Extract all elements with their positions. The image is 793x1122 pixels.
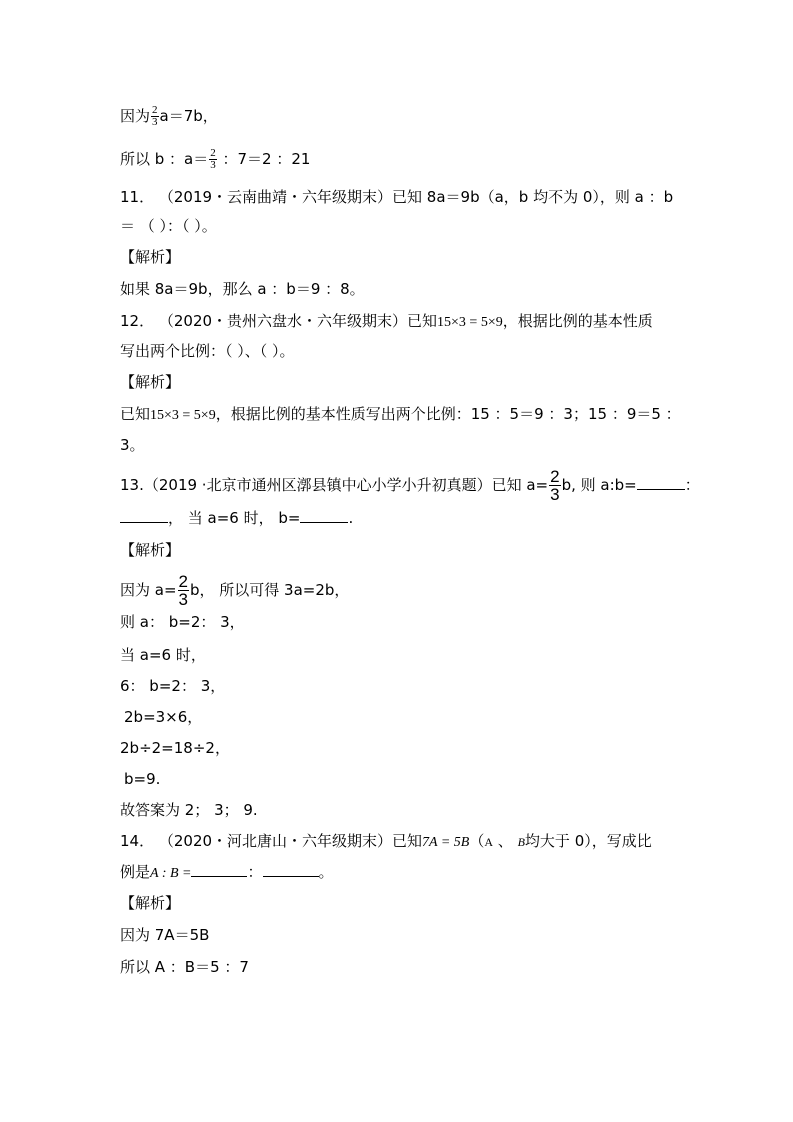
fraction-denominator: 3 — [178, 591, 189, 608]
text: ：7＝2 ：21 — [218, 150, 311, 168]
text: b， 所以可得 3a=2b， — [190, 581, 349, 599]
q11-line-1: 11． （2019・云南曲靖・六年级期末）已知 8a＝9b（a，b 均不为 0）… — [120, 187, 673, 207]
fraction-denominator: 3 — [549, 486, 560, 503]
text: 因为 — [120, 107, 150, 125]
text: 已知 — [120, 405, 150, 423]
text: a＝7b， — [160, 107, 218, 125]
text: 。 — [319, 863, 334, 881]
q13-solution-line-1: 因为 a=23b， 所以可得 3a=2b， — [120, 573, 349, 608]
q14-solution-line-1: 因为 7A＝5B — [120, 925, 209, 945]
q13-step: 当 a=6 时， — [120, 645, 206, 665]
q14-line-1: 14． （2020・河北唐山・六年级期末）已知7A = 5B（A 、 B均大于 … — [120, 831, 652, 853]
q14-line-2: 例是A : B =：。 — [120, 862, 334, 884]
q12-analysis-label: 【解析】 — [120, 372, 180, 392]
text: . — [348, 509, 353, 527]
fraction: 23 — [549, 468, 560, 503]
text: ： — [247, 863, 262, 881]
text: ，根据比例的基本性质写出两个比例：15 ：5＝9 ：3；15 ：9＝5 ： — [216, 405, 681, 423]
q14-analysis-label: 【解析】 — [120, 893, 180, 913]
text: 因为 a= — [120, 581, 177, 599]
text: 13.（2019 ·北京市通州区漷县镇中心小学小升初真题）已知 a= — [120, 476, 548, 494]
q13-line-1: 13.（2019 ·北京市通州区漷县镇中心小学小升初真题）已知 a=23b, 则… — [120, 468, 700, 503]
text: 、 — [493, 832, 518, 850]
text: 均大于 0），写成比 — [525, 832, 652, 850]
fraction-numerator: 2 — [549, 468, 560, 486]
text: （ — [469, 832, 484, 850]
q11-answer: 如果 8a＝9b，那么 a ：b＝9 ：8。 — [120, 279, 365, 299]
q12-line-2: 写出两个比例：（ ）、（ ）。 — [120, 341, 295, 361]
q13-step: 6： b=2： 3， — [120, 676, 225, 696]
prev-solution-line-1: 因为23a＝7b， — [120, 105, 218, 128]
text: ，根据比例的基本性质 — [503, 312, 653, 330]
q11-analysis-label: 【解析】 — [120, 247, 180, 267]
q12-line-1: 12． （2020・贵州六盘水・六年级期末）已知15×3 = 5×9，根据比例的… — [120, 311, 653, 333]
q14-solution-line-2: 所以 A ：B＝5 ：7 — [120, 957, 249, 977]
prev-solution-line-2: 所以 b ：a＝23 ：7＝2 ：21 — [120, 148, 310, 171]
answer-blank[interactable] — [191, 862, 247, 877]
q12-answer-line-2: 3。 — [120, 435, 145, 455]
fraction: 23 — [178, 573, 189, 608]
text: 所以 b ：a＝ — [120, 150, 208, 168]
math-expression: A : B = — [150, 866, 191, 881]
text: 例是 — [120, 863, 150, 881]
math-variable: B — [518, 835, 525, 849]
q11-line-2: ＝ （ ）：（ ）。 — [120, 216, 217, 236]
answer-blank[interactable] — [300, 508, 348, 523]
text: 14． （2020・河北唐山・六年级期末）已知 — [120, 832, 422, 850]
fraction: 23 — [151, 105, 159, 128]
math-variable: A — [484, 835, 493, 849]
fraction-denominator: 3 — [151, 117, 159, 128]
text: ， 当 a=6 时， b= — [168, 509, 300, 527]
q13-analysis-label: 【解析】 — [120, 540, 180, 560]
answer-blank[interactable] — [120, 508, 168, 523]
q13-line-2: ， 当 a=6 时， b=. — [120, 508, 353, 528]
q13-step: 2b=3×6， — [124, 707, 202, 727]
q13-step: 则 a： b=2： 3， — [120, 612, 245, 632]
math-expression: 15×3 = 5×9 — [150, 408, 216, 423]
text: 12． （2020・贵州六盘水・六年级期末）已知 — [120, 312, 437, 330]
q13-step: b=9. — [124, 769, 160, 789]
fraction-denominator: 3 — [209, 160, 217, 171]
fraction-numerator: 2 — [178, 573, 189, 591]
fraction: 23 — [209, 148, 217, 171]
answer-blank[interactable] — [263, 862, 319, 877]
q13-step: 故答案为 2； 3； 9. — [120, 800, 258, 820]
math-expression: 15×3 = 5×9 — [437, 315, 503, 330]
math-expression: 7A = 5B — [422, 835, 469, 850]
q12-answer-line-1: 已知15×3 = 5×9，根据比例的基本性质写出两个比例：15 ：5＝9 ：3；… — [120, 404, 681, 426]
q13-step: 2b÷2=18÷2， — [120, 738, 230, 758]
text: b, 则 a:b= — [562, 476, 637, 494]
text: ： — [685, 476, 700, 494]
answer-blank[interactable] — [637, 475, 685, 490]
